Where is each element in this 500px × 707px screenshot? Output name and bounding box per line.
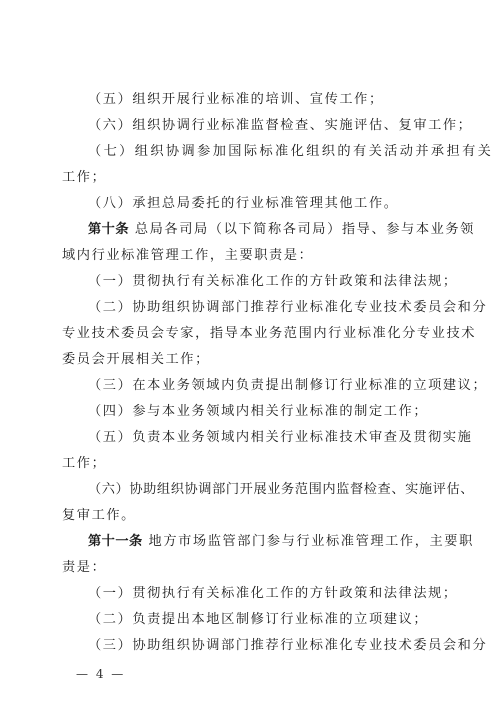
paragraph-line: （六）组织协调行业标准监督检查、实施评估、复审工作；: [88, 118, 440, 134]
article-text: 地方市场监管部门参与行业标准管理工作，主要职: [143, 534, 474, 549]
paragraph-line: （一）贯彻执行有关标准化工作的方针政策和法律法规；: [88, 586, 440, 602]
paragraph-line: 责是：: [62, 560, 440, 576]
document-page: （五）组织开展行业标准的培训、宣传工作； （六）组织协调行业标准监督检查、实施评…: [0, 0, 500, 707]
paragraph-line: 复审工作。: [62, 508, 440, 524]
paragraph-line: （八）承担总局委托的行业标准管理其他工作。: [88, 196, 440, 212]
paragraph-line: （二）负责提出本地区制修订行业标准的立项建议；: [88, 612, 440, 628]
article-heading: 第十一条: [88, 534, 143, 549]
paragraph-line: （六）协助组织协调部门开展业务范围内监督检查、实施评估、: [88, 482, 440, 498]
article-10-line: 第十条 总局各司局（以下简称各司局）指导、参与本业务领: [88, 222, 440, 238]
paragraph-line: （五）负责本业务领域内相关行业标准技术审查及贯彻实施: [88, 430, 440, 446]
article-text: 总局各司局（以下简称各司局）指导、参与本业务领: [129, 222, 475, 237]
page-number: — 4 —: [76, 667, 125, 681]
paragraph-line: 工作；: [62, 456, 440, 472]
paragraph-line: （三）在本业务领域内负责提出制修订行业标准的立项建议；: [88, 378, 440, 394]
paragraph-line: 委员会开展相关工作；: [62, 352, 440, 368]
paragraph-line: （三）协助组织协调部门推荐行业标准化专业技术委员会和分: [88, 638, 440, 654]
paragraph-line: 工作；: [62, 170, 440, 186]
article-heading: 第十条: [88, 222, 129, 237]
paragraph-line: 专业技术委员会专家，指导本业务范围内行业标准化分专业技术: [62, 326, 440, 342]
paragraph-line: （七）组织协调参加国际标准化组织的有关活动并承担有关: [88, 144, 440, 160]
paragraph-line: 域内行业标准管理工作，主要职责是：: [62, 248, 440, 264]
paragraph-line: （二）协助组织协调部门推荐行业标准化专业技术委员会和分: [88, 300, 440, 316]
paragraph-line: （五）组织开展行业标准的培训、宣传工作；: [88, 92, 440, 108]
paragraph-line: （一）贯彻执行有关标准化工作的方针政策和法律法规；: [88, 274, 440, 290]
article-11-line: 第十一条 地方市场监管部门参与行业标准管理工作，主要职: [88, 534, 440, 550]
paragraph-line: （四）参与本业务领域内相关行业标准的制定工作；: [88, 404, 440, 420]
